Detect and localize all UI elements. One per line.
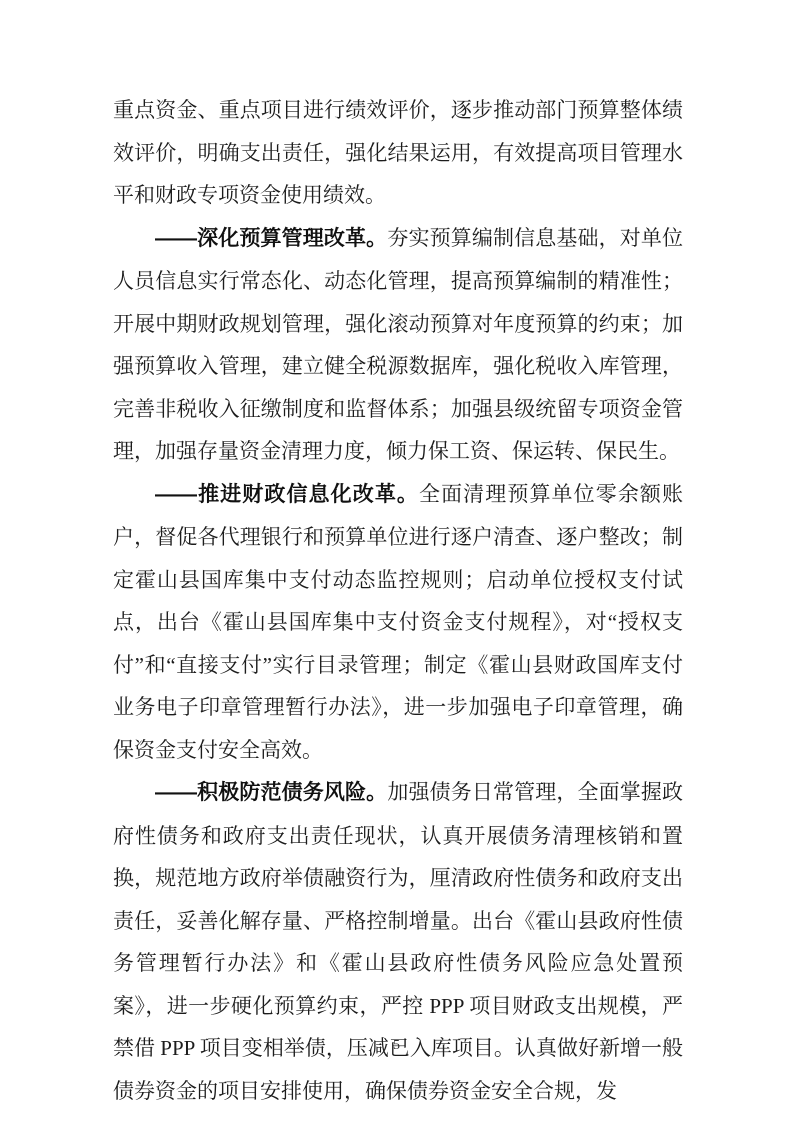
- paragraph-lead: ——积极防范债务风险。: [155, 781, 387, 804]
- page-number: 5: [393, 1038, 400, 1053]
- paragraph: ——积极防范债务风险。加强债务日常管理，全面掌握政府性债务和政府支出责任现状，认…: [113, 771, 683, 1112]
- paragraph-lead: ——推进财政信息化改革。: [155, 483, 419, 506]
- document-page: 重点资金、重点项目进行绩效评价，逐步推动部门预算整体绩效评价，明确支出责任，强化…: [0, 0, 793, 1122]
- paragraph-text: 加强债务日常管理，全面掌握政府性债务和政府支出责任现状，认真开展债务清理核销和置…: [113, 780, 683, 1103]
- paragraph-text: 全面清理预算单位零余额账户，督促各代理银行和预算单位进行逐户清查、逐户整改；制定…: [113, 482, 683, 762]
- paragraph: ——推进财政信息化改革。全面清理预算单位零余额账户，督促各代理银行和预算单位进行…: [113, 473, 683, 772]
- paragraph: 重点资金、重点项目进行绩效评价，逐步推动部门预算整体绩效评价，明确支出责任，强化…: [113, 89, 683, 217]
- document-body: 重点资金、重点项目进行绩效评价，逐步推动部门预算整体绩效评价，明确支出责任，强化…: [113, 89, 683, 1112]
- paragraph-text: 夯实预算编制信息基础，对单位人员信息实行常态化、动态化管理，提高预算编制的精准性…: [113, 226, 683, 464]
- paragraph-lead: ——深化预算管理改革。: [155, 227, 387, 250]
- paragraph-text: 重点资金、重点项目进行绩效评价，逐步推动部门预算整体绩效评价，明确支出责任，强化…: [113, 98, 683, 207]
- paragraph: ——深化预算管理改革。夯实预算编制信息基础，对单位人员信息实行常态化、动态化管理…: [113, 217, 683, 473]
- page-footer: 5: [0, 1036, 793, 1054]
